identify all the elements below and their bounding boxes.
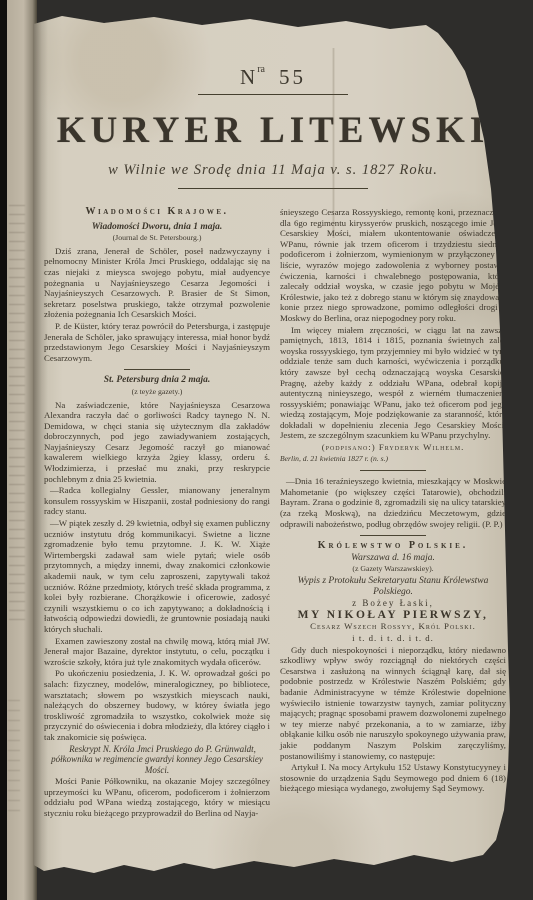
warsaw-dateline: Warszawa d. 16 maja. — [280, 553, 506, 564]
court-news-source: (Journal de St. Petersbourg.) — [44, 233, 270, 244]
paragraph: Artykuł I. Na mocy Artykułu 152 Ustawy K… — [280, 762, 506, 794]
paragraph: Po ukończeniu posiedzenia, J. K. W. opro… — [44, 668, 270, 742]
court-news-title: Wiadomości Dworu, dnia 1 maja. — [44, 222, 270, 233]
masthead-dateline: w Wilnie we Srodę dnia 11 Maja v. s. 182… — [34, 162, 512, 179]
paragraph: —W piątek zeszły d. 29 kwietnia, odbył s… — [44, 518, 270, 635]
paragraph: Na zaświadczenie, które Nayjaśnieysza Ce… — [44, 400, 270, 485]
newspaper-page: Nra55 KURYER LITEWSKI w Wilnie we Srodę … — [34, 8, 512, 880]
section-separator — [360, 535, 426, 536]
masthead: Nra55 KURYER LITEWSKI w Wilnie we Srodę … — [34, 64, 512, 189]
paragraph: śnieyszego Cesarza Rossyyskiego, remontę… — [280, 207, 506, 324]
etcetera-line: i t. d. i t. d. i t. d. — [280, 633, 506, 644]
section-separator — [124, 369, 190, 370]
rescript-heading: Reskrypt N. Króla Jmci Pruskiego do P. G… — [44, 744, 270, 776]
binding-strip — [0, 0, 7, 900]
issue-prefix: N — [240, 65, 257, 89]
issue-number-value: 55 — [279, 65, 306, 89]
gutter-shadow — [34, 8, 48, 880]
place-date-line: Berlin, d. 21 kwietnia 1827 r. (n. s.) — [280, 454, 506, 465]
section-heading-kingdom-of-poland: Królewstwo Polskie. — [280, 541, 506, 552]
paragraph: —Radca kollegialny Gessler, mianowany je… — [44, 485, 270, 517]
petersburg-title: St. Petersburg dnia 2 maja. — [44, 375, 270, 386]
paragraph: Dziś zrana, Jenerał de Schöler, poseł na… — [44, 246, 270, 320]
article-columns: Wiadomości Krajowe. Wiadomości Dworu, dn… — [34, 193, 512, 820]
right-column: śnieyszego Cesarza Rossyyskiego, remontę… — [280, 207, 506, 820]
tsar-name-line: MY NIKOŁAY PIERWSZY, — [280, 610, 506, 621]
masthead-rule-bottom — [178, 188, 368, 189]
scanned-newspaper-screenshot: { "colors": { "scanner_background": "#2e… — [0, 0, 533, 900]
issue-superscript: ra — [257, 64, 265, 75]
section-heading-domestic-news: Wiadomości Krajowe. — [44, 207, 270, 218]
paragraph: Mości Panie Półkowniku, na okazanie Moje… — [44, 776, 270, 818]
paragraph: Examen zawieszony został na chwilę mową,… — [44, 636, 270, 668]
section-separator — [360, 470, 426, 471]
paragraph: —Dnia 16 teraźnieyszego kwietnia, mieszk… — [280, 476, 506, 529]
tsar-titles-line: Cesarz Wszech Rossyy, Król Polski. — [280, 621, 506, 632]
warsaw-source: (z Gazety Warszawskiey). — [280, 564, 506, 575]
adjacent-page-sliver — [7, 0, 37, 900]
by-gods-grace-line: z Bożey Łaski, — [280, 598, 506, 609]
masthead-rule-top — [198, 94, 348, 95]
adjacent-page-text-fragments-bottom — [8, 700, 20, 820]
paragraph: Im więcey miałem zręczności, w ciągu lat… — [280, 325, 506, 442]
paper-crease — [332, 48, 335, 238]
signature-line: (podpisano:) Fryderyk Wilhelm. — [280, 442, 506, 453]
paragraph: P. de Küster, który teraz powrócił do Pe… — [44, 321, 270, 363]
left-column: Wiadomości Krajowe. Wiadomości Dworu, dn… — [44, 207, 270, 820]
petersburg-source: (z teyże gazety.) — [44, 387, 270, 398]
issue-number: Nra55 — [34, 64, 512, 90]
paragraph: Gdy duch niespokoyności i nieporządku, k… — [280, 645, 506, 762]
adjacent-page-text-fragments — [9, 205, 25, 625]
protocol-extract-line: Wypis z Protokułu Sekretaryatu Stanu Kró… — [280, 576, 506, 597]
newspaper-title: KURYER LITEWSKI — [34, 109, 512, 152]
